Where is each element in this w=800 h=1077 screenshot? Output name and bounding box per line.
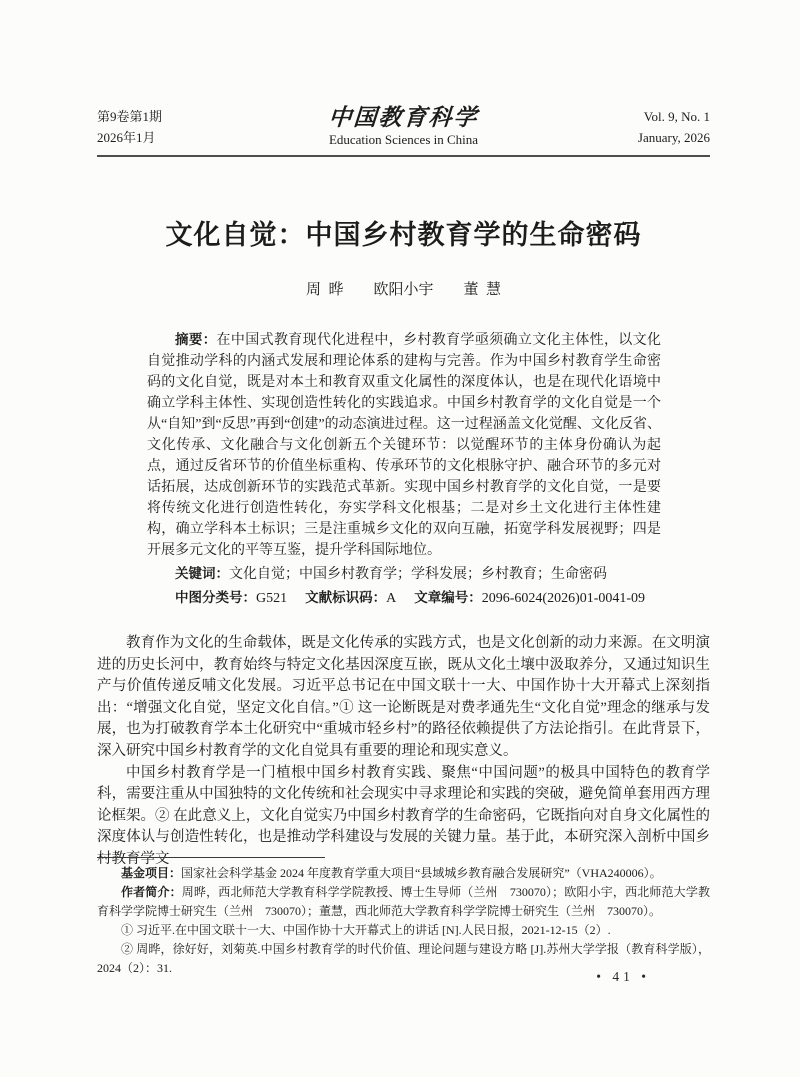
fund-label: 基金项目： — [121, 866, 181, 880]
article-id-label: 文章编号： — [414, 590, 482, 605]
journal-header: 第9卷第1期 2026年1月 中国教育科学 Education Sciences… — [97, 106, 710, 149]
body-paragraph: 教育作为文化的生命载体，既是文化传承的实践方式，也是文化创新的动力来源。在文明演… — [97, 633, 710, 763]
classification-line: 中图分类号：G521文献标识码：A文章编号：2096-6024(2026)01-… — [147, 587, 661, 609]
volume-issue-cn: 第9卷第1期 — [97, 106, 227, 127]
keywords-label: 关键词： — [175, 566, 229, 581]
header-issue-en: Vol. 9, No. 1 January, 2026 — [580, 106, 710, 148]
journal-name-english: Education Sciences in China — [227, 130, 580, 149]
abstract-text: 在中国式教育现代化进程中，乡村教育学亟须确立文化主体性，以文化自觉推动学科的内涵… — [147, 333, 661, 558]
doc-code-value: A — [386, 591, 396, 606]
keywords-text: 文化自觉；中国乡村教育学；学科发展；乡村教育；生命密码 — [229, 567, 607, 582]
author-name: 欧阳小宇 — [373, 278, 433, 299]
clc-value: G521 — [256, 591, 287, 606]
bio-label: 作者简介： — [121, 885, 182, 899]
bio-note: 作者简介：周晔，西北师范大学教育科学学院教授、博士生导师（兰州 730070）；… — [97, 883, 710, 921]
date-cn: 2026年1月 — [97, 127, 227, 148]
doc-code-label: 文献标识码： — [305, 590, 386, 605]
volume-issue-en: Vol. 9, No. 1 — [580, 106, 710, 127]
article-body: 教育作为文化的生命载体，既是文化传承的实践方式，也是文化创新的动力来源。在文明演… — [97, 633, 710, 871]
abstract-paragraph: 摘要：在中国式教育现代化进程中，乡村教育学亟须确立文化主体性，以文化自觉推动学科… — [147, 329, 661, 561]
fund-text: 国家社会科学基金 2024 年度教育学重大项目“县域城乡教育融合发展研究”（VH… — [181, 866, 662, 880]
abstract-label: 摘要： — [175, 332, 217, 347]
header-issue-cn: 第9卷第1期 2026年1月 — [97, 106, 227, 148]
clc-label: 中图分类号： — [175, 590, 256, 605]
keywords-line: 关键词：文化自觉；中国乡村教育学；学科发展；乡村教育；生命密码 — [147, 563, 661, 585]
reference-note: ① 习近平.在中国文联十一大、中国作协十大开幕式上的讲话 [N].人民日报，20… — [97, 921, 710, 940]
header-divider — [97, 155, 710, 157]
journal-name-calligraphy: 中国教育科学 — [226, 106, 581, 130]
date-en: January, 2026 — [580, 127, 710, 148]
author-name: 董 慧 — [464, 278, 502, 299]
author-name: 周 晔 — [306, 278, 344, 299]
journal-masthead: 中国教育科学 Education Sciences in China — [227, 106, 580, 149]
footnote-area: 基金项目：国家社会科学基金 2024 年度教育学重大项目“县域城乡教育融合发展研… — [97, 857, 710, 978]
body-paragraph: 中国乡村教育学是一门植根中国乡村教育实践、聚焦“中国问题”的极具中国特色的教育学… — [97, 763, 710, 871]
abstract-block: 摘要：在中国式教育现代化进程中，乡村教育学亟须确立文化主体性，以文化自觉推动学科… — [97, 329, 710, 609]
bio-text: 周晔，西北师范大学教育科学学院教授、博士生导师（兰州 730070）；欧阳小宇，… — [97, 885, 710, 918]
fund-note: 基金项目：国家社会科学基金 2024 年度教育学重大项目“县域城乡教育融合发展研… — [97, 864, 710, 883]
article-title: 文化自觉：中国乡村教育学的生命密码 — [97, 213, 710, 252]
page-number: • 41 • — [0, 969, 710, 985]
journal-page: 第9卷第1期 2026年1月 中国教育科学 Education Sciences… — [0, 0, 800, 1077]
article-id-value: 2096-6024(2026)01-0041-09 — [482, 591, 645, 606]
footnote-divider — [97, 857, 325, 858]
author-line: 周 晔欧阳小宇董 慧 — [97, 278, 710, 299]
